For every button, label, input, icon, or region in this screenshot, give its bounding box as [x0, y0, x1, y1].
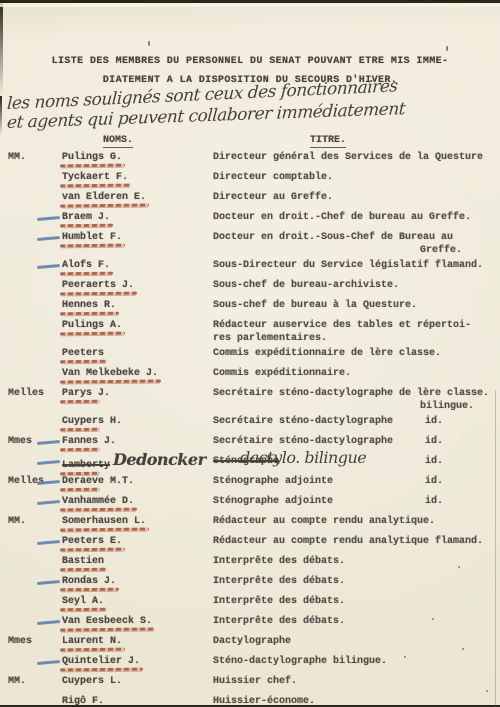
table-row: Van Eesbeeck S. Interprête des débats. [0, 615, 500, 635]
person-name: Alofs F. [62, 259, 110, 272]
honorific-prefix: MM. [8, 515, 26, 528]
honorific-prefix: Mmes [8, 635, 32, 648]
person-name: Van Eesbeeck S. [62, 615, 152, 628]
person-name: Quintelier J. [62, 655, 140, 668]
blue-dash-icon [37, 216, 60, 221]
honorific-prefix: MM. [8, 151, 26, 164]
person-title: Directeur au Greffe. [213, 191, 498, 204]
idem-mark: id. [425, 415, 443, 428]
person-title-line-2: res parlementaires. [213, 332, 498, 345]
table-row: Tyckaert F. Directeur comptable. [0, 171, 500, 191]
person-title-line-2: Greffe. [420, 244, 498, 257]
idem-mark: id. [425, 455, 443, 468]
person-title: Huissier chef. [213, 675, 498, 688]
person-title: Docteur en droit.-Chef de bureau au Gref… [213, 211, 498, 224]
scan-edge-top-highlight [0, 3, 500, 7]
person-name: LambertyDedoncker [62, 455, 206, 472]
idem-mark: id. [425, 495, 443, 508]
person-name: Somerhausen L. [62, 515, 146, 528]
person-title: Sous-chef de bureau-archiviste. [213, 279, 498, 292]
honorific-prefix: Melles [8, 387, 44, 400]
table-row: Humblet F. Docteur en droit.-Sous-Chef d… [0, 231, 500, 259]
table-row: van Elderen E. Directeur au Greffe. [0, 191, 500, 211]
table-row: Hennes R. Sous-chef de bureau à la Quest… [0, 299, 500, 319]
person-name: Laurent N. [62, 635, 122, 648]
person-name: Rigô F. [62, 695, 104, 707]
person-name: van Elderen E. [62, 191, 146, 204]
personnel-list: MM. Pulings G. Directeur général des Ser… [0, 151, 500, 707]
table-row: MM. Cuypers L. Huissier chef. [0, 675, 500, 695]
table-row: Melles Deraeve M.T. Sténographe adjointe… [0, 475, 500, 495]
blue-dash-icon [37, 264, 60, 269]
person-name: Hennes R. [62, 299, 116, 312]
person-name: Fannes J. [62, 435, 116, 448]
person-title: Secrétaire sténo-dactylographe de lère c… [213, 387, 498, 413]
table-row: Peeters E. Rédacteur au compte rendu ana… [0, 535, 500, 555]
column-header-noms: NOMS. [103, 135, 133, 148]
person-name: Humblet F. [62, 231, 122, 244]
table-row: Bastien Interprête des débats. [0, 555, 500, 575]
person-title: Rédacteur au compte rendu analytique. [213, 515, 498, 528]
table-row: LambertyDedoncker Sténographe dactylo. b… [0, 455, 500, 475]
table-row: Braem J. Docteur en droit.-Chef de burea… [0, 211, 500, 231]
person-title: Huissier-économe. [213, 695, 498, 707]
person-title: Secrétaire sténo-dactylographe [213, 435, 498, 448]
person-name: Peeters [62, 347, 104, 360]
person-name: Peeters E. [62, 535, 122, 548]
blue-dash-icon [37, 660, 60, 665]
table-row: Cuypers H. Secrétaire sténo-dactylograph… [0, 415, 500, 435]
person-name: Pulings G. [62, 151, 122, 164]
person-title: Sous-chef de bureau à la Questure. [213, 299, 498, 312]
person-title: Dactylographe [213, 635, 498, 648]
person-title: Docteur en droit.-Sous-Chef de Bureau au… [213, 231, 498, 257]
person-title: Sténographe adjointe [213, 495, 498, 508]
person-title: Commis expéditionnaire de lère classe. [213, 347, 498, 360]
blue-dash-icon [37, 580, 60, 585]
person-title: Rédacteur au compte rendu analytique fla… [213, 535, 498, 548]
table-row: MM. Pulings G. Directeur général des Ser… [0, 151, 500, 171]
person-title-line-2: bilingue. [420, 400, 498, 413]
table-row: Rondas J. Interprête des débats. [0, 575, 500, 595]
honorific-prefix: MM. [8, 675, 26, 688]
table-row: Pulings A. Rédacteur auservice des table… [0, 319, 500, 347]
blue-dash-icon [37, 440, 60, 445]
table-row: Vanhammée D. Sténographe adjointe id. [0, 495, 500, 515]
person-name: Peeraerts J. [62, 279, 134, 292]
person-name: Seyl A. [62, 595, 104, 608]
column-header-titre: TITRE. [310, 135, 346, 148]
person-name: Bastien [62, 555, 104, 568]
table-row: Van Melkebeke J. Commis expéditionnaire. [0, 367, 500, 387]
person-title: Directeur comptable. [213, 171, 498, 184]
ink-speck [446, 46, 448, 51]
blue-dash-icon [37, 236, 60, 241]
person-name: Van Melkebeke J. [62, 367, 158, 380]
person-title: Interprête des débats. [213, 575, 498, 588]
blue-dash-icon [37, 500, 60, 505]
person-title: Commis expéditionnaire. [213, 367, 498, 380]
table-row: Melles Parys J. Secrétaire sténo-dactylo… [0, 387, 500, 415]
person-name: Rondas J. [62, 575, 116, 588]
person-name: Cuypers L. [62, 675, 122, 688]
person-title: Rédacteur auservice des tables et répert… [213, 319, 498, 345]
person-title: Interprête des débats. [213, 555, 498, 568]
table-row: MM. Somerhausen L. Rédacteur au compte r… [0, 515, 500, 535]
person-title: Sténo-dactylographe bilingue. [213, 655, 498, 668]
blue-dash-icon [37, 480, 60, 485]
blue-dash-icon [37, 460, 60, 465]
handwritten-title: dactylo. bilingue [240, 451, 366, 464]
table-row: Rigô F. Huissier-économe. [0, 695, 500, 707]
ink-speck [148, 41, 150, 46]
scanned-document-page: LISTE DES MEMBRES DU PERSONNEL DU SENAT … [0, 0, 500, 707]
person-title: Directeur général des Services de la Que… [213, 151, 498, 164]
person-name: Vanhammée D. [62, 495, 134, 508]
handwritten-name: Dedoncker [113, 450, 205, 469]
idem-mark: id. [425, 475, 443, 488]
document-title-line-1: LISTE DES MEMBRES DU PERSONNEL DU SENAT … [0, 56, 500, 67]
person-title: Sténographe adjointe [213, 475, 498, 488]
person-name: Cuypers H. [62, 415, 122, 428]
person-title: Sous-Directeur du Service législatif fla… [213, 259, 498, 272]
idem-mark: id. [425, 435, 443, 448]
table-row: Alofs F. Sous-Directeur du Service légis… [0, 259, 500, 279]
honorific-prefix: Mmes [8, 435, 32, 448]
table-row: Mmes Laurent N. Dactylographe [0, 635, 500, 655]
person-title: Interprête des débats. [213, 615, 498, 628]
person-title: Secrétaire sténo-dactylographe [213, 415, 498, 428]
blue-dash-icon [37, 620, 60, 625]
table-row: Seyl A. Interprête des débats. [0, 595, 500, 615]
table-row: Peeters Commis expéditionnaire de lère c… [0, 347, 500, 367]
blue-dash-icon [37, 540, 60, 545]
person-name: Parys J. [62, 387, 110, 400]
table-row: Quintelier J. Sténo-dactylographe biling… [0, 655, 500, 675]
person-name: Deraeve M.T. [62, 475, 134, 488]
scan-edge-right [0, 96, 2, 136]
person-name: Braem J. [62, 211, 110, 224]
person-title: Interprête des débats. [213, 595, 498, 608]
person-name: Tyckaert F. [62, 171, 128, 184]
table-row: Peeraerts J. Sous-chef de bureau-archivi… [0, 279, 500, 299]
person-name: Pulings A. [62, 319, 122, 332]
